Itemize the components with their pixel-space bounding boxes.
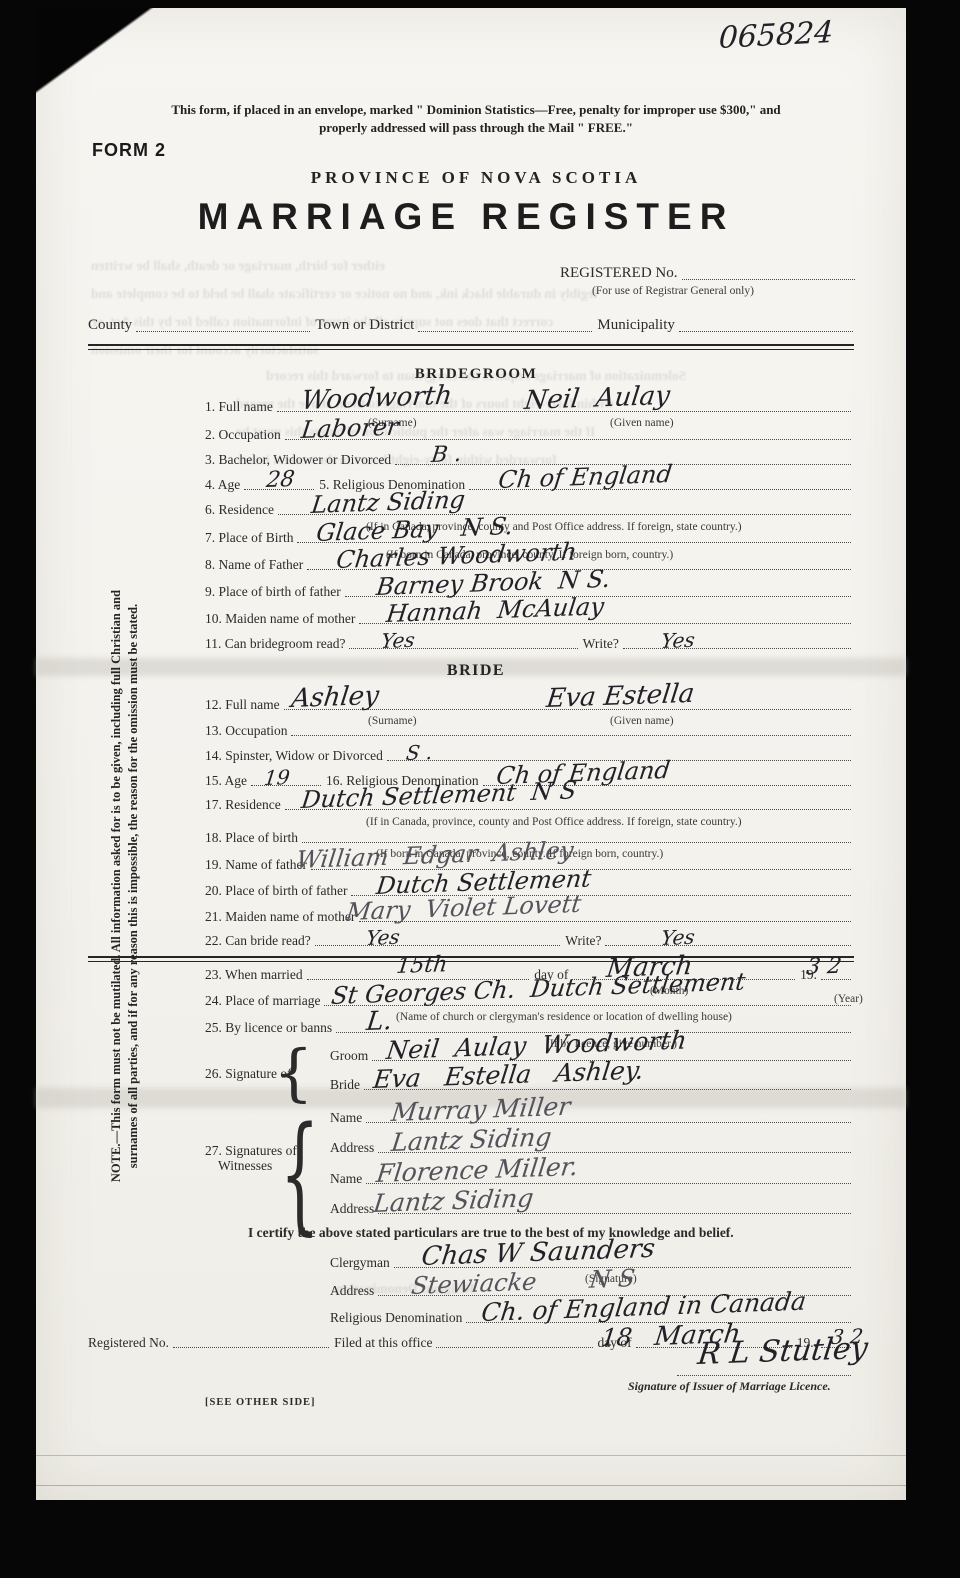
hw-witness2-address: Lantz Siding xyxy=(372,1185,535,1216)
registered-no-label: REGISTERED No. xyxy=(560,265,681,282)
envelope-note-line2: properly addressed will pass through the… xyxy=(96,120,856,136)
hw-groom-read: Yes xyxy=(380,630,416,651)
registrar-note: (For use of Registrar General only) xyxy=(592,285,754,297)
clergy-denomination-label: Religious Denomination xyxy=(330,1310,465,1325)
bridegroom-heading: BRIDEGROOM xyxy=(96,366,856,383)
field-place-of-marriage: 24. Place of marriage St Georges Ch. Dut… xyxy=(205,988,852,1008)
filed-label: Filed at this office xyxy=(330,1335,435,1350)
dotted-line xyxy=(682,279,856,280)
groom-write-label: Write? xyxy=(579,636,622,651)
field-groom-read-write: 11. Can bridegroom read? Write? Yes Yes xyxy=(205,631,852,651)
dotted-line xyxy=(418,331,592,332)
witness-name-label: Name xyxy=(330,1171,365,1186)
bride-status-label: 14. Spinster, Widow or Divorced xyxy=(205,748,386,763)
place-of-marriage-label: 24. Place of marriage xyxy=(205,993,323,1008)
bride-read-label: 22. Can bride read? xyxy=(205,933,314,948)
handwritten-doc-number: 065824 xyxy=(718,18,834,54)
county-label: County xyxy=(88,317,135,334)
scan-corner-shadow xyxy=(36,8,154,94)
groom-read-label: 11. Can bridegroom read? xyxy=(205,636,348,651)
document-title: MARRIAGE REGISTER xyxy=(66,196,866,238)
groom-occupation-label: 2. Occupation xyxy=(205,427,284,442)
fold-line xyxy=(36,1485,906,1486)
field-witness1-address: Address Lantz Siding xyxy=(330,1135,852,1155)
bride-full-name-label: 12. Full name xyxy=(205,697,283,712)
hw-bride-signature: Eva Estella Ashley. xyxy=(372,1057,645,1092)
field-groom-mother: 10. Maiden name of mother Hannah McAulay xyxy=(205,606,852,626)
field-bride-full-name: 12. Full name Ashley Eva Estella xyxy=(205,692,852,712)
hw-bride-given: Eva Estella xyxy=(545,681,696,712)
bride-heading: BRIDE xyxy=(96,662,856,680)
town-label: Town or District xyxy=(311,317,417,334)
envelope-note-line1: This form, if placed in an envelope, mar… xyxy=(96,102,856,118)
bride-father-birth-label: 20. Place of birth of father xyxy=(205,883,350,898)
groom-father-birth-label: 9. Place of birth of father xyxy=(205,584,344,599)
registered-no-row: REGISTERED No. xyxy=(560,262,856,282)
groom-full-name-label: 1. Full name xyxy=(205,399,276,414)
dotted-line xyxy=(605,945,851,946)
hw-bride-status: S . xyxy=(405,742,434,763)
dotted-line xyxy=(291,735,851,736)
groom-age-label: 4. Age xyxy=(205,477,243,492)
hw-bride-mother: Mary Violet Lovett xyxy=(345,892,583,924)
hw-bride-surname: Ashley xyxy=(290,683,380,712)
bride-sig-label: Bride xyxy=(330,1077,363,1092)
municipality-label: Municipality xyxy=(593,317,678,334)
clergy-address-label: Address xyxy=(330,1283,377,1298)
dotted-line xyxy=(173,1347,329,1348)
issuer-caption: Signature of Issuer of Marriage Licence. xyxy=(628,1379,831,1394)
witnesses-label-2: Witnesses xyxy=(218,1158,272,1174)
hw-groom-occupation: Laborer xyxy=(300,414,400,442)
dotted-line xyxy=(315,945,561,946)
margin-note-line2: surnames of all parties, and if for any … xyxy=(125,556,142,1216)
bride-age-label: 15. Age xyxy=(205,773,250,788)
province-heading: PROVINCE OF NOVA SCOTIA xyxy=(96,168,856,188)
field-bride-signature: Bride Eva Estella Ashley. xyxy=(330,1072,852,1092)
section-divider xyxy=(88,344,854,350)
fold-line xyxy=(36,1455,906,1456)
dotted-line xyxy=(623,648,851,649)
hw-groom-mother: Hannah McAulay xyxy=(385,594,605,626)
bride-birthplace-label: 18. Place of birth xyxy=(205,830,301,845)
groom-status-label: 3. Bachelor, Widower or Divorced xyxy=(205,452,394,467)
registered-no-label: Registered No. xyxy=(88,1335,172,1350)
hw-groom-age: 28 xyxy=(265,469,296,492)
hw-groom-residence: Lantz Siding xyxy=(310,488,466,517)
margin-note-line1: NOTE.—This form must not be mutilated. A… xyxy=(108,556,125,1216)
hw-licence: L. xyxy=(365,1008,394,1035)
paper-sheet: either for birth, marriage or death, sha… xyxy=(36,8,906,1500)
scanned-page: either for birth, marriage or death, sha… xyxy=(0,0,960,1578)
bride-mother-label: 21. Maiden name of mother xyxy=(205,909,358,924)
hw-witness1-address: Lantz Siding xyxy=(390,1124,553,1155)
when-married-label: 23. When married xyxy=(205,967,306,982)
dotted-line xyxy=(679,331,853,332)
bride-occupation-label: 13. Occupation xyxy=(205,723,290,738)
groom-residence-label: 6. Residence xyxy=(205,502,277,517)
hw-bride-write: Yes xyxy=(660,927,696,948)
hw-issuer-signature: R L Stutley xyxy=(696,1334,869,1370)
field-groom-full-name: 1. Full name Woodworth Neil Aulay xyxy=(205,394,852,414)
witness-name-label: Name xyxy=(330,1110,365,1125)
form-number: FORM 2 xyxy=(92,140,166,161)
groom-sig-label: Groom xyxy=(330,1048,371,1063)
hw-groom-given: Neil Aulay xyxy=(523,383,671,414)
hw-filed-day: 18 xyxy=(600,1325,633,1350)
groom-mother-label: 10. Maiden name of mother xyxy=(205,611,358,626)
clergyman-label: Clergyman xyxy=(330,1255,393,1270)
dotted-line xyxy=(436,1347,592,1348)
bride-residence-label: 17. Residence xyxy=(205,797,284,812)
hw-bride-age: 19 xyxy=(263,767,291,788)
hw-groom-status: B . xyxy=(430,444,463,467)
margin-note: NOTE.—This form must not be mutilated. A… xyxy=(108,556,152,1216)
bleedthrough-text: either for birth, marriage or death, sha… xyxy=(91,258,385,274)
hw-bride-read: Yes xyxy=(365,927,401,948)
dotted-line xyxy=(136,331,310,332)
bride-write-label: Write? xyxy=(561,933,604,948)
witness-address-label: Address xyxy=(330,1201,377,1216)
witness-address-label: Address xyxy=(330,1140,377,1155)
field-bride-occupation: 13. Occupation xyxy=(205,718,852,738)
field-bride-mother: 21. Maiden name of mother Mary Violet Lo… xyxy=(205,904,852,924)
bleedthrough-text: legibly in durable black ink, and no not… xyxy=(91,286,597,302)
hw-witness2-name: Florence Miller. xyxy=(375,1154,579,1186)
hw-groom-write: Yes xyxy=(660,630,696,651)
hw-groom-surname: Woodworth xyxy=(300,383,454,414)
field-witness1-name: Name Murray Miller xyxy=(330,1105,852,1125)
field-bride-read-write: 22. Can bride read? Write? Yes Yes xyxy=(205,928,852,948)
field-clergy-denomination: Religious Denomination Ch. of England in… xyxy=(330,1305,852,1325)
field-groom-age-religion: 4. Age 5. Religious Denomination 28 Ch o… xyxy=(205,472,852,492)
field-bride-residence: 17. Residence Dutch Settlement N S xyxy=(205,792,852,812)
hw-groom-religion: Ch of England xyxy=(497,462,673,492)
field-groom-residence: 6. Residence Lantz Siding xyxy=(205,497,852,517)
field-groom-occupation: 2. Occupation Laborer xyxy=(205,422,852,442)
hw-witness1-name: Murray Miller xyxy=(390,1094,572,1125)
hw-marriage-day: 15th xyxy=(395,954,449,978)
field-witness2-address: Address Lantz Siding xyxy=(330,1196,852,1216)
hw-marriage-year: 3 2 xyxy=(805,956,843,979)
groom-birthplace-label: 7. Place of Birth xyxy=(205,530,296,545)
see-other-side-note: [SEE OTHER SIDE] xyxy=(205,1397,316,1408)
county-row: County Town or District Municipality xyxy=(88,314,854,334)
groom-father-label: 8. Name of Father xyxy=(205,557,306,572)
licence-banns-label: 25. By licence or banns xyxy=(205,1020,335,1035)
field-witness2-name: Name Florence Miller. xyxy=(330,1166,852,1186)
dotted-line xyxy=(677,1375,851,1376)
